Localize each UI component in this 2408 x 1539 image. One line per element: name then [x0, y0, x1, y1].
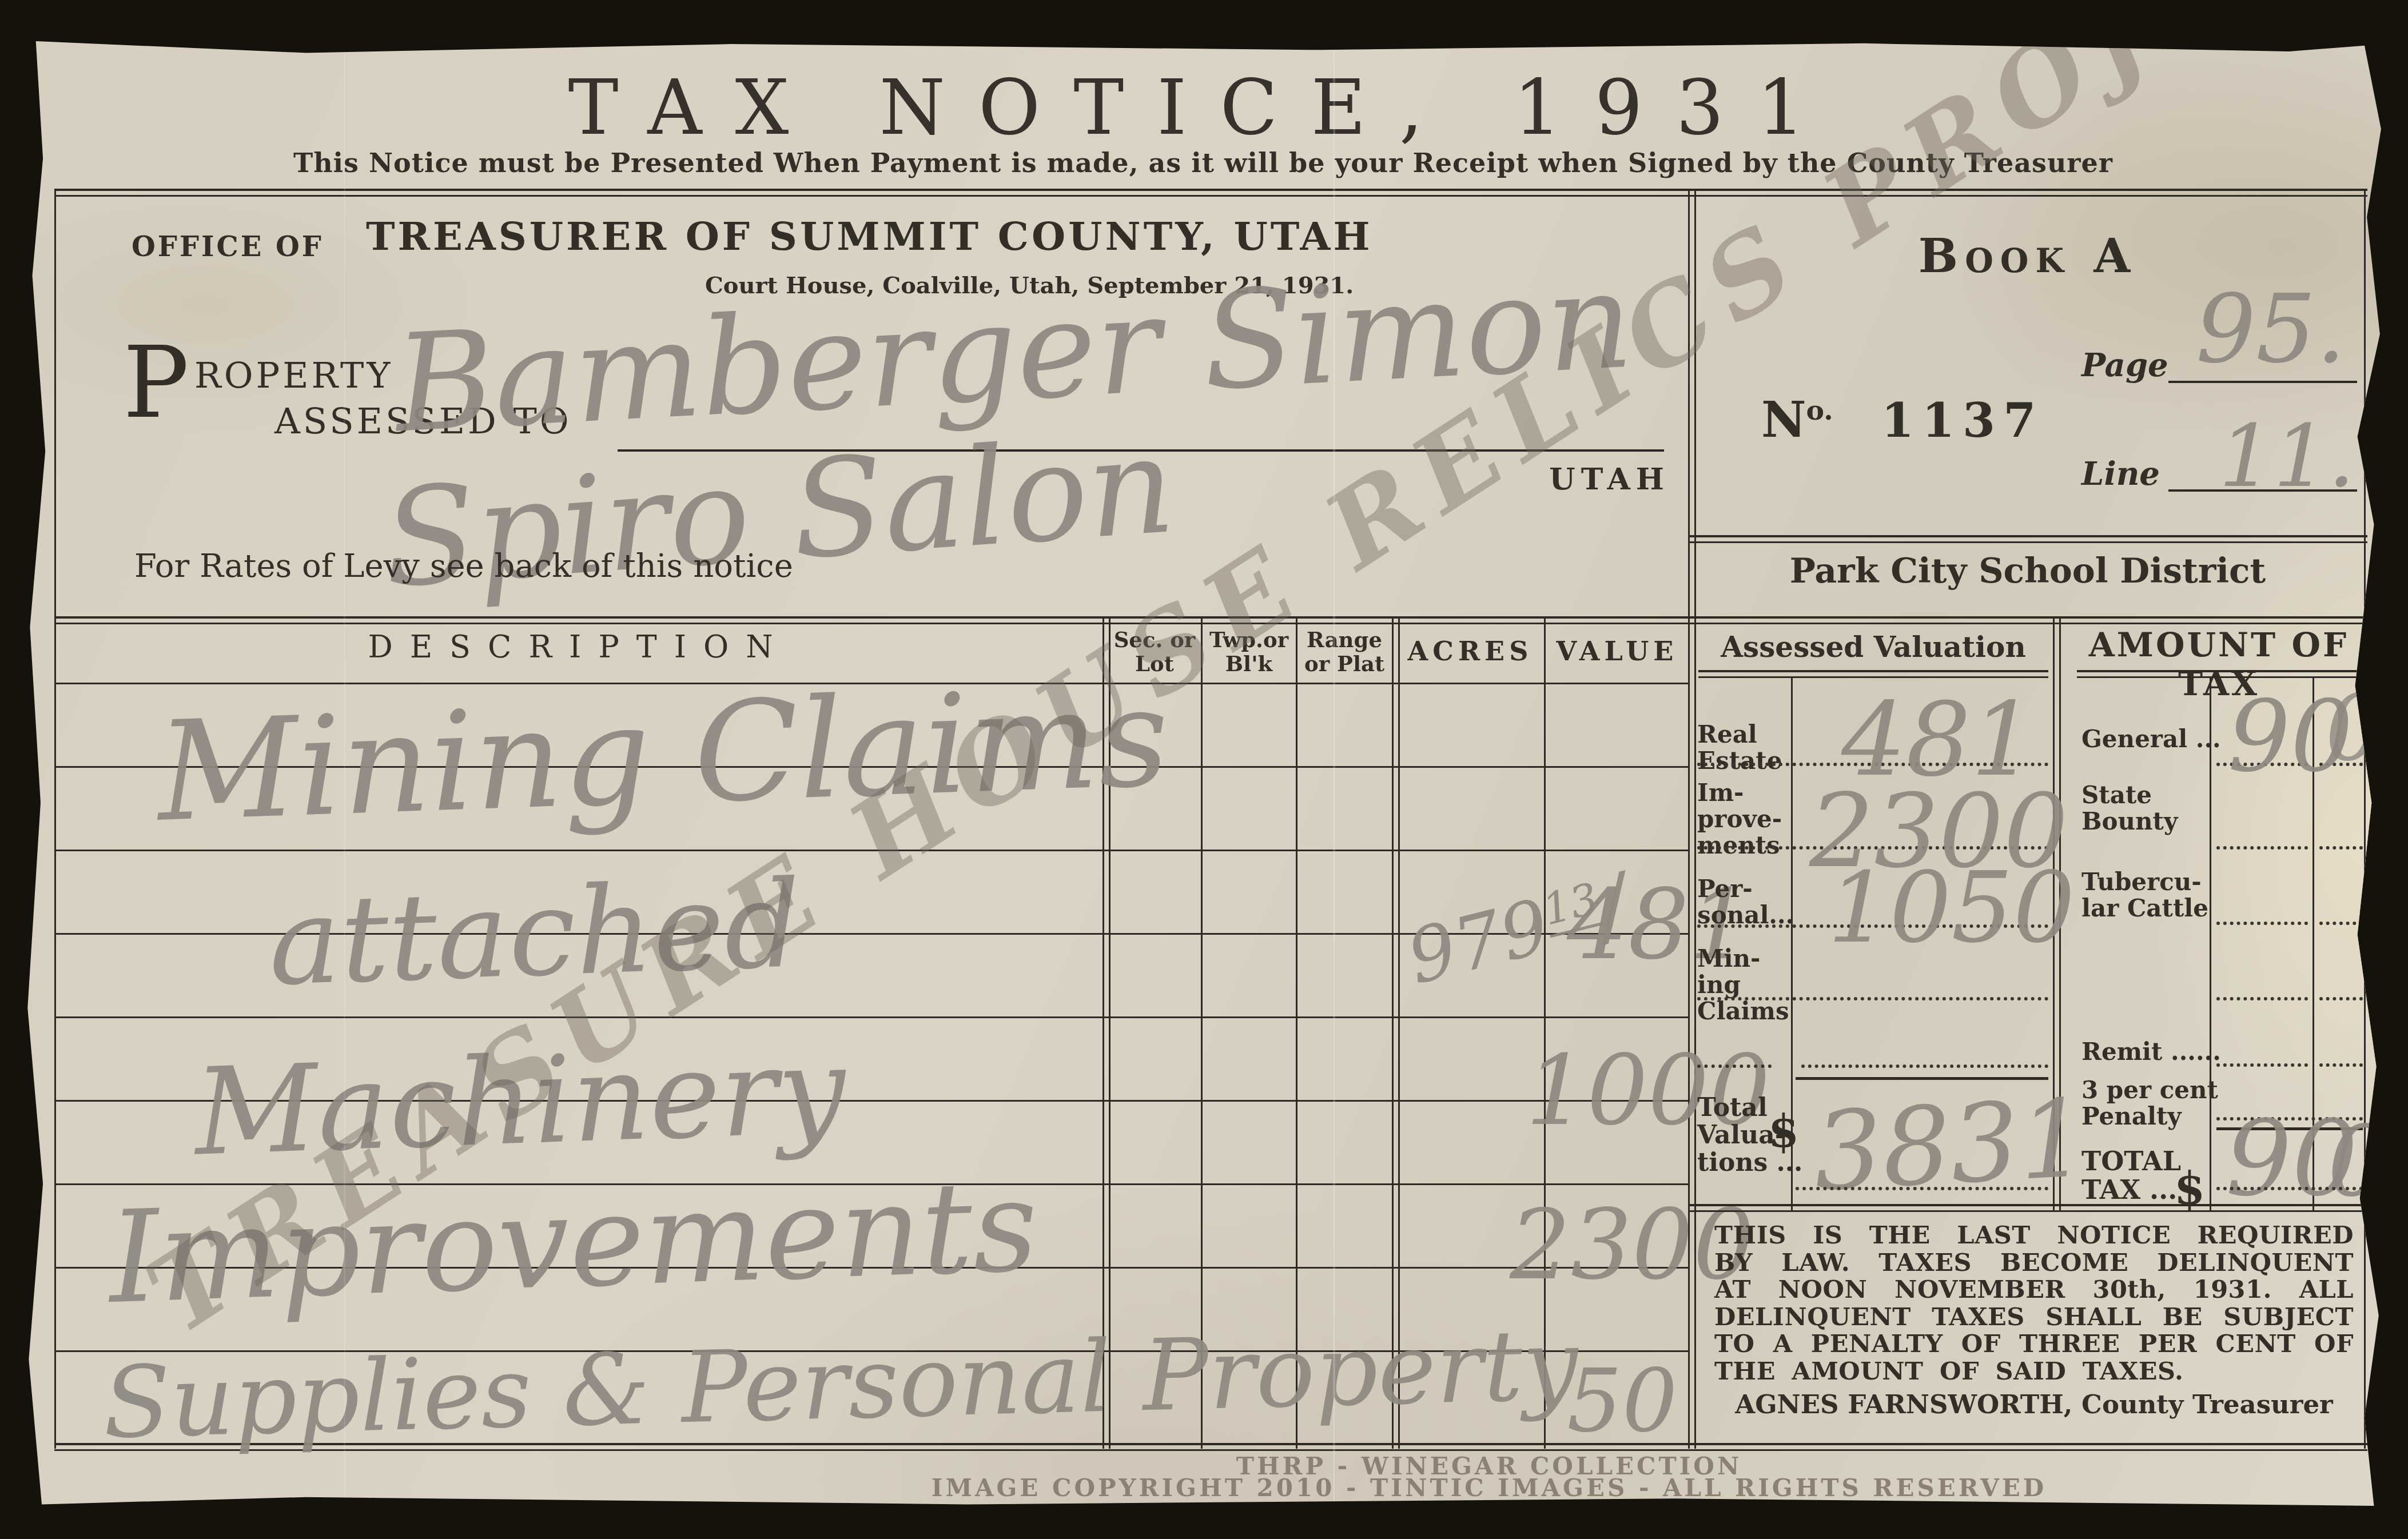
valuation-header-rule — [1698, 670, 2048, 678]
handwritten-total-valuation: 3831 — [1811, 1076, 2091, 1215]
handwritten-page-number: 95. — [2196, 274, 2346, 384]
state-bounty-dotted-b — [2319, 846, 2363, 850]
personal-label: Per- sonal... — [1697, 876, 1794, 928]
valuation-dollar-sign: $ — [1768, 1106, 1799, 1158]
property-label: ROPERTY — [194, 354, 393, 396]
tubercular-cattle-label: Tubercu- lar Cattle — [2081, 869, 2208, 922]
real-estate-label: Real Estate — [1697, 721, 1782, 774]
number-label-sup: o. — [1806, 395, 1833, 426]
paper-crease — [1332, 41, 1336, 1506]
header-acres: ACRES — [1398, 636, 1543, 667]
tax-blank-dotted-b — [2319, 997, 2363, 1000]
tax-header-rule — [2077, 670, 2362, 678]
remit-dotted-a — [2216, 1063, 2308, 1067]
total-tax-label: TOTAL TAX ... — [2081, 1147, 2181, 1204]
school-district: Park City School District — [1688, 551, 2367, 591]
tubercular-cattle-dotted-b — [2319, 922, 2363, 925]
table-row-line — [54, 1016, 1688, 1018]
valuation-blank-dotted-a — [1697, 1064, 1772, 1068]
office-of-label: OFFICE OF — [132, 231, 324, 263]
levy-note: For Rates of Levy see back of this notic… — [134, 548, 793, 585]
top-double-rule — [54, 189, 2367, 197]
handwritten-line-number: 11. — [2219, 407, 2355, 507]
handwritten-personal-value: 1050 — [1828, 852, 2075, 965]
penalty-label: 3 per cent Penalty — [2081, 1077, 2218, 1130]
paper-crease — [343, 41, 346, 1506]
total-tax-dotted-line — [2216, 1187, 2363, 1190]
right-border-line — [2364, 189, 2366, 1449]
treasurer-signature: AGNES FARNSWORTH, County Treasurer — [1714, 1389, 2354, 1420]
remit-label: Remit ...... — [2081, 1039, 2221, 1065]
number-label: No. — [1761, 391, 1833, 449]
total-valuations-dotted-line — [1796, 1187, 2048, 1190]
mining-claims-label: Min- ing Claims — [1697, 946, 1789, 1024]
state-bounty-label: State Bounty — [2081, 782, 2178, 835]
district-top-rule — [1688, 535, 2367, 543]
header-description: DESCRIPTION — [54, 629, 1104, 665]
line-label: Line — [2081, 455, 2160, 493]
left-border-line — [54, 189, 56, 1449]
delinquency-notice: THIS IS THE LAST NOTICE REQUIRED BY LAW.… — [1714, 1222, 2354, 1385]
handwritten-general-cents: 03 — [2325, 675, 2408, 782]
handwritten-total-tax-cents: 03 — [2327, 1106, 2408, 1219]
copyright-line: IMAGE COPYRIGHT 2010 - TINTIC IMAGES - A… — [595, 1474, 2383, 1502]
tubercular-cattle-dotted-a — [2216, 922, 2308, 925]
tax-blank-dotted-a — [2216, 997, 2308, 1000]
photo-backdrop: { "colors": { "paper": "#d8d1c2", "ink":… — [0, 0, 2408, 1539]
remit-dotted-b — [2319, 1063, 2363, 1067]
page-label: Page — [2081, 346, 2168, 384]
general-label: General ... — [2081, 726, 2221, 752]
handwritten-value-4: 50 — [1567, 1350, 1677, 1452]
property-initial-cap: P — [123, 334, 189, 432]
mining-claims-dotted-line — [1697, 997, 2048, 1000]
notice-number: 1137 — [1881, 393, 2044, 448]
header-range-or-plat: Range or Plat — [1299, 628, 1390, 676]
tax-dollar-sign: $ — [2174, 1163, 2205, 1215]
tax-notice-sheet: TAX NOTICE, 1931 This Notice must be Pre… — [23, 41, 2383, 1506]
assessed-valuation-header: Assessed Valuation — [1698, 630, 2048, 664]
handwritten-entry-supplies: Supplies & Personal Property — [102, 1307, 1579, 1460]
header-value: VALUE — [1547, 636, 1687, 667]
valuation-blank-dotted-b — [1801, 1064, 2048, 1068]
treasurer-office-name: TREASURER OF SUMMIT COUNTY, UTAH — [366, 214, 1373, 260]
state-bounty-dotted-a — [2216, 846, 2308, 850]
tax-dollars-line — [2210, 677, 2211, 1212]
